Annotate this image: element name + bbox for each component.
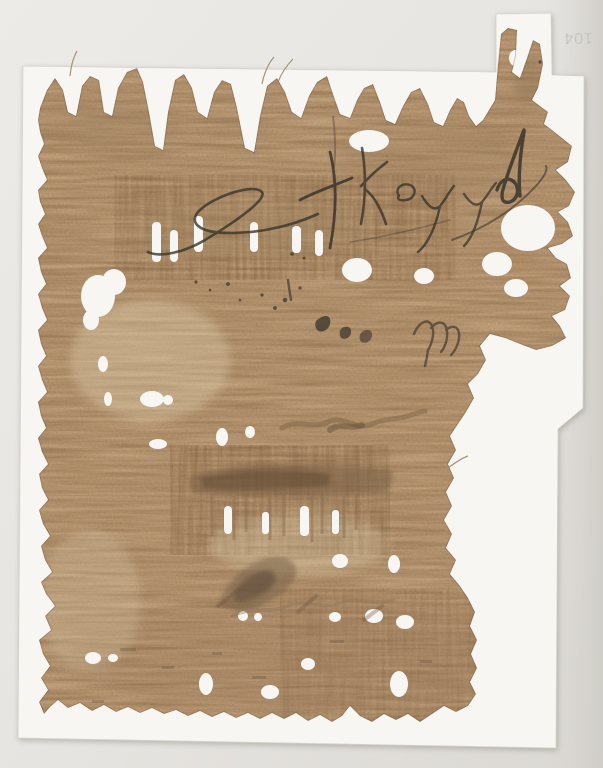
photograph: 104	[0, 0, 603, 768]
inventory-number-label: 104	[563, 29, 593, 46]
papyrus-photo-canvas: 104	[0, 0, 603, 768]
